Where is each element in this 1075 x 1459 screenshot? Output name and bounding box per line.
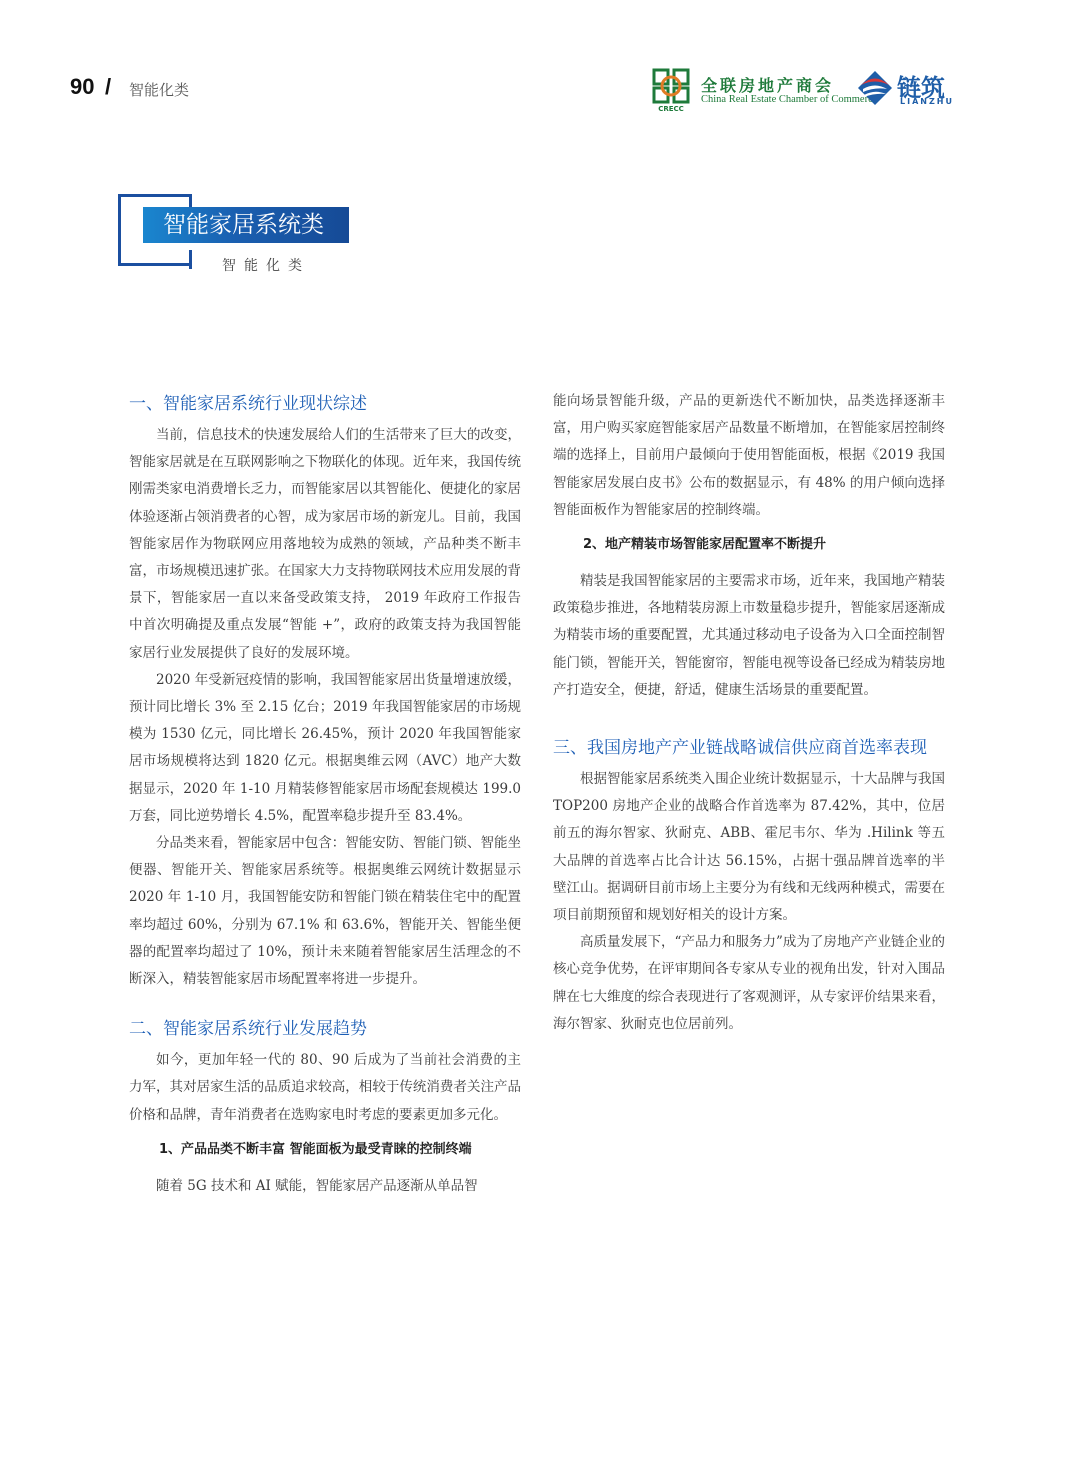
header-separator: / (105, 74, 111, 100)
paragraph: 分品类来看，智能家居中包含：智能安防、智能门锁、智能坐便器、智能开关、智能家居系… (129, 830, 521, 993)
section-heading-3: 三、我国房地产产业链战略诚信供应商首选率表现 (553, 734, 945, 762)
crecc-name-cn: 全联房地产商会 (701, 73, 834, 96)
left-column: 一、智能家居系统行业现状综述 当前，信息技术的快速发展给人们的生活带来了巨大的改… (129, 390, 521, 1200)
header-category: 智能化类 (129, 79, 189, 100)
svg-text:CRECC: CRECC (658, 105, 684, 112)
paragraph: 能向场景智能升级，产品的更新迭代不断加快，品类选择逐渐丰富，用户购买家庭智能家居… (553, 388, 945, 524)
lianzhu-logo-icon (855, 68, 895, 108)
section-heading-1: 一、智能家居系统行业现状综述 (129, 390, 521, 418)
section-heading-2: 二、智能家居系统行业发展趋势 (129, 1015, 521, 1043)
crecc-name-en: China Real Estate Chamber of Commerce (701, 94, 877, 105)
paragraph: 如今，更加年轻一代的 80、90 后成为了当前社会消费的主力军，其对居家生活的品… (129, 1047, 521, 1129)
subsection-heading-2: 2、地产精装市场智能家居配置率不断提升 (553, 532, 945, 558)
paragraph: 高质量发展下，“产品力和服务力”成为了房地产产业链企业的核心竞争优势，在评审期间… (553, 929, 945, 1038)
paragraph: 当前，信息技术的快速发展给人们的生活带来了巨大的改变，智能家居就是在互联网影响之… (129, 422, 521, 667)
paragraph: 精装是我国智能家居的主要需求市场，近年来，我国地产精装政策稳步推进，各地精装房源… (553, 568, 945, 704)
page-number: 90 (70, 74, 94, 100)
page-subtitle: 智能化类 (222, 255, 310, 275)
crecc-logo-icon: CRECC (652, 68, 692, 112)
right-column: 能向场景智能升级，产品的更新迭代不断加快，品类选择逐渐丰富，用户购买家庭智能家居… (553, 388, 945, 1038)
page-title: 智能家居系统类 (163, 207, 324, 243)
paragraph: 2020 年受新冠疫情的影响，我国智能家居出货量增速放缓，预计同比增长 3% 至… (129, 667, 521, 830)
subsection-heading-1: 1、产品品类不断丰富 智能面板为最受青睐的控制终端 (129, 1137, 521, 1163)
paragraph: 根据智能家居系统类入围企业统计数据显示，十大品牌与我国 TOP200 房地产企业… (553, 766, 945, 929)
title-frame-accent (189, 250, 192, 269)
paragraph: 随着 5G 技术和 AI 赋能，智能家居产品逐渐从单品智 (129, 1173, 521, 1200)
title-frame-accent (189, 194, 192, 208)
lianzhu-name-en: LIANZHU (900, 97, 954, 106)
